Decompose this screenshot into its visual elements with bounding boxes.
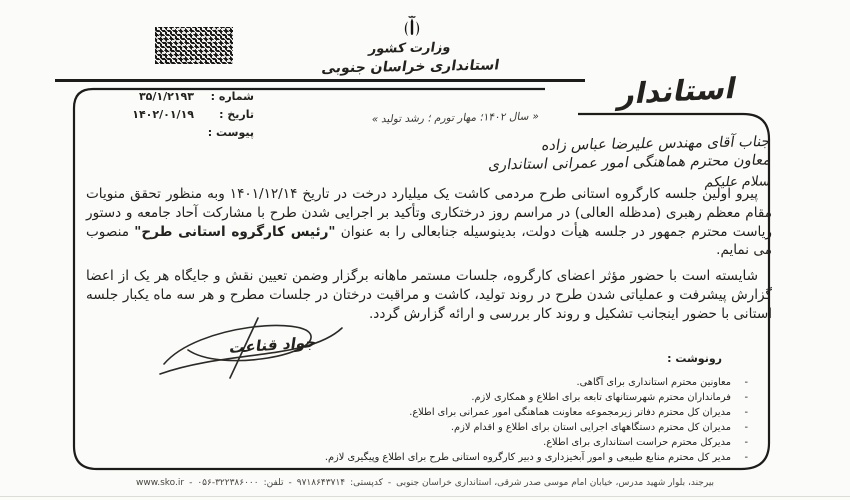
footer-contact-line: بیرجند، بلوار شهید مدرس، خیابان امام موس… (0, 478, 850, 488)
governor-title-text: استاندار (616, 71, 740, 111)
letter-number-row: شماره : ۳۵/۱/۲۱۹۳ (84, 90, 254, 103)
page-bottom-edge (0, 496, 850, 497)
signature-block: جواد قناعت (158, 314, 348, 384)
cc-dash: - (738, 390, 748, 405)
footer-postal-label: کدپستی: (350, 478, 383, 488)
cc-dash: - (738, 450, 748, 465)
cc-item: -مدیران کل محترم دفاتر زیرمجموعه معاونت … (188, 405, 748, 420)
cc-item-text: مدیران کل محترم دستگاههای اجرایی استان ب… (451, 420, 731, 435)
cc-item-text: مدیران کل محترم دفاتر زیرمجموعه معاونت ه… (409, 405, 731, 420)
cc-dash: - (738, 405, 748, 420)
cc-item-text: مدیرکل محترم حراست استانداری برای اطلاع. (543, 435, 731, 450)
scanned-letter-page: وزارت کشور استانداری خراسان جنوبی شماره … (0, 0, 850, 500)
recipient-position-text: معاون محترم هماهنگی امور عمرانی استاندار… (487, 152, 772, 176)
number-value: ۳۵/۱/۲۱۹۳ (139, 90, 194, 103)
footer-address: بیرجند، بلوار شهید مدرس، خیابان امام موس… (396, 478, 714, 488)
attachment-row: پیوست : (84, 126, 254, 139)
footer-website: www.sko.ir (136, 478, 184, 488)
appointment-title-bold: "رئیس کارگروه استانی طرح" (134, 224, 335, 240)
cc-dash: - (738, 420, 748, 435)
cc-item: -فرمانداران محترم شهرستانهای تابعه برای … (188, 390, 748, 405)
number-label: شماره : (204, 90, 254, 103)
date-label: تاریخ : (204, 108, 254, 121)
year-slogan: « سال ۱۴۰۲؛ مهار تورم ؛ رشد تولید » (330, 112, 580, 124)
date-value: ۱۴۰۲/۰۱/۱۹ (132, 108, 194, 121)
cc-label: رونوشت : (667, 352, 722, 365)
letter-date-row: تاریخ : ۱۴۰۲/۰۱/۱۹ (84, 108, 254, 121)
footer-postal-code: ۹۷۱۸۶۴۳۷۱۴ (297, 478, 345, 488)
cc-item-text: مدیر کل محترم منابع طبیعی و امور آبخیزدا… (325, 450, 731, 465)
year-slogan-text: « سال ۱۴۰۲؛ مهار تورم ؛ رشد تولید » (370, 111, 539, 126)
letter-meta: شماره : ۳۵/۱/۲۱۹۳ تاریخ : ۱۴۰۲/۰۱/۱۹ پیو… (84, 90, 254, 144)
letter-body: پیرو اولین جلسه کارگروه استانی طرح مردمی… (86, 185, 772, 331)
recipient-name: جناب آقای مهندس علیرضا عباس زاده (489, 135, 770, 154)
cc-item: -مدیرکل محترم حراست استانداری برای اطلاع… (188, 435, 748, 450)
recipient-position: معاون محترم هماهنگی امور عمرانی استاندار… (489, 154, 770, 173)
footer-separator: - (189, 478, 192, 488)
recipient-block: جناب آقای مهندس علیرضا عباس زاده معاون م… (489, 135, 770, 192)
governor-title: استاندار (583, 74, 773, 108)
cc-list: -معاونین محترم استانداری برای آگاهی. -فر… (188, 375, 748, 465)
cc-item: -مدیر کل محترم منابع طبیعی و امور آبخیزد… (188, 450, 748, 465)
cc-item: -مدیران کل محترم دستگاههای اجرایی استان … (188, 420, 748, 435)
footer-phone-label: تلفن: (264, 478, 284, 488)
footer-phone: ۰۵۶-۳۲۲۳۸۶۰۰۰ (197, 478, 258, 488)
cc-item: -معاونین محترم استانداری برای آگاهی. (188, 375, 748, 390)
cc-item-text: معاونین محترم استانداری برای آگاهی. (577, 375, 732, 390)
cc-dash: - (738, 435, 748, 450)
cc-dash: - (738, 375, 748, 390)
footer-separator: - (289, 478, 292, 488)
attachment-label: پیوست : (204, 126, 254, 139)
body-paragraph-1: پیرو اولین جلسه کارگروه استانی طرح مردمی… (86, 185, 772, 260)
footer-separator: - (388, 478, 391, 488)
cc-item-text: فرمانداران محترم شهرستانهای تابعه برای ا… (471, 390, 731, 405)
